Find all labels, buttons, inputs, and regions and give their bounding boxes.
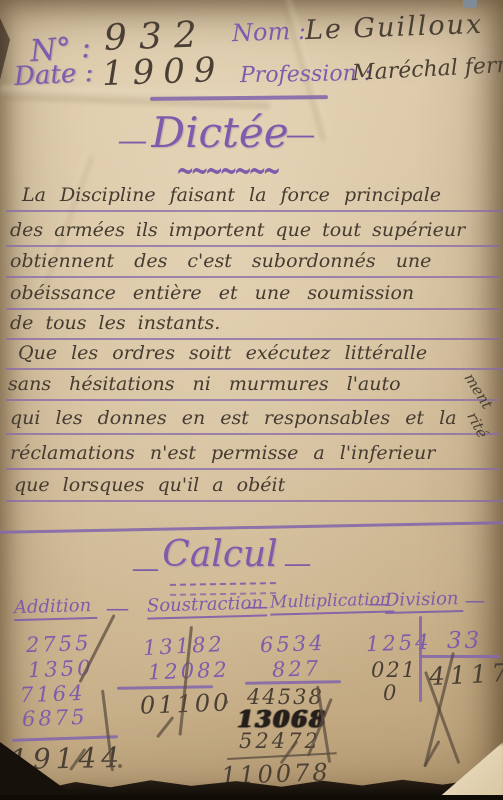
header-dash: —— <box>245 600 265 615</box>
dictee-line: des armées ils importent que tout supéri… <box>6 215 499 247</box>
multiplication-operand: 827 <box>272 656 322 682</box>
soustraction-operand: 13182 <box>142 632 225 660</box>
addition-operand: 7164 <box>20 681 86 707</box>
top-left-wedge <box>0 18 10 80</box>
pencil-check-mark <box>156 716 174 738</box>
multiplication-operand: 6534 <box>260 631 326 657</box>
division-bracket-vertical <box>419 616 422 702</box>
pencil-dot <box>224 700 228 704</box>
dictee-line: obéissance entière et une soumission <box>6 278 499 310</box>
dictee-line: qui les donnes en est responsables et la <box>6 403 499 435</box>
dictee-line: La Discipline faisant la force principal… <box>6 180 503 212</box>
addition-operand: 6875 <box>22 705 88 731</box>
date-label: Date : <box>13 58 94 92</box>
division-work: 021 <box>371 658 417 682</box>
soustraction-result: 01100 <box>140 688 232 719</box>
header-rule <box>150 95 328 101</box>
calcul-title: Calcul <box>60 534 380 575</box>
division-bracket-horizontal <box>421 655 500 658</box>
date-value: 1909 <box>101 50 225 94</box>
top-right-mark <box>463 0 477 8</box>
name-label: Nom : <box>232 17 307 48</box>
division-work: 0 <box>383 681 396 705</box>
dictee-line: réclamations n'est permisse a l'inferieu… <box>6 438 499 470</box>
header-dash: —— <box>368 597 384 611</box>
profession-value: Maréchal ferrant <box>351 51 503 86</box>
scanned-exam-page: N° : 932 Nom : Le Guilloux Date : 1909 P… <box>0 0 503 800</box>
pencil-dot <box>118 764 122 768</box>
bottom-edge-strip <box>0 795 503 800</box>
division-divisor: 33 <box>447 628 482 654</box>
column-header-addition: Addition <box>14 595 98 621</box>
dictee-line: que lorsques qu'il a obéit <box>6 470 503 502</box>
header-dash: —— <box>106 602 126 617</box>
name-value: Le Guilloux <box>305 9 484 46</box>
soustraction-operand: 12082 <box>148 658 231 685</box>
section-divider <box>0 521 503 533</box>
dictee-line: Que les ordres soitt exécutez littéralle <box>6 338 503 370</box>
dictee-line: obtiennent des c'est subordonnés une <box>6 246 499 278</box>
division-dividend: 1254 <box>366 630 432 656</box>
calcul-ornament-right: —— <box>284 555 308 573</box>
dictee-line: sans hésitations ni murmures l'auto <box>6 369 497 401</box>
dictee-title: Dictée <box>60 108 380 157</box>
division-quotient: 4117 <box>428 658 503 691</box>
column-header-division: Division <box>385 588 463 614</box>
dictee-ornament-right: —— <box>286 126 312 145</box>
addition-operand: 2755 <box>26 631 92 657</box>
dictee-line: de tous les instants. <box>6 308 499 340</box>
header-dash: —— <box>465 594 481 608</box>
